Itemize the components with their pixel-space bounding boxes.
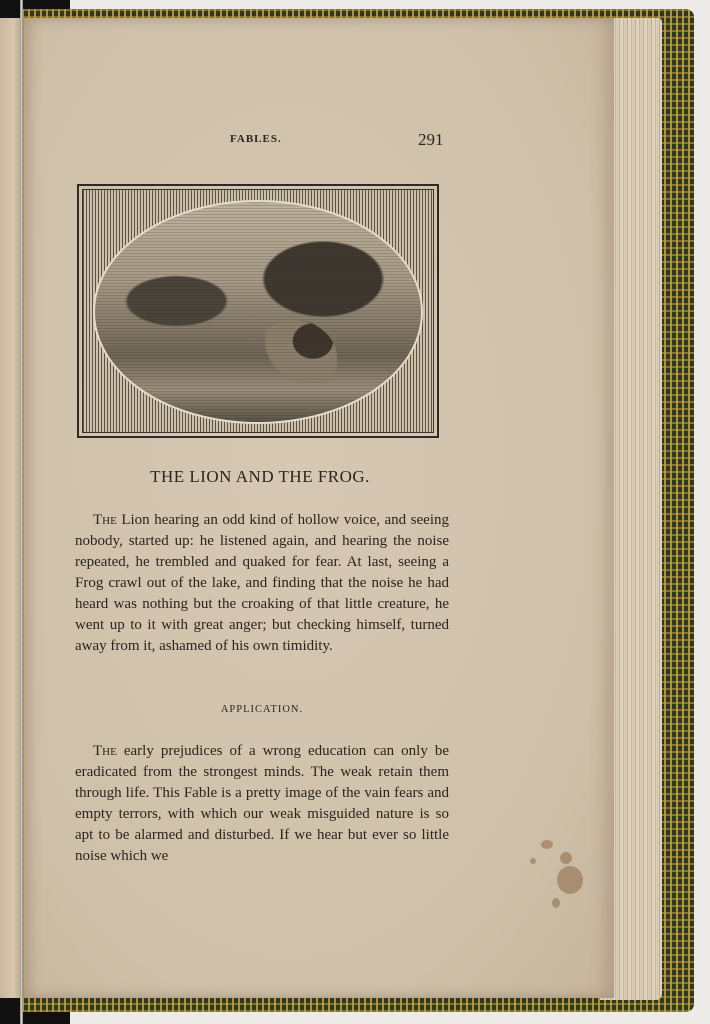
engraving-oval-scene <box>93 200 423 424</box>
foxing-stain <box>552 898 560 908</box>
fable-title: THE LION AND THE FROG. <box>0 467 520 487</box>
left-page-edge <box>0 18 22 998</box>
page-number: 291 <box>418 130 444 150</box>
foxing-stain <box>530 858 536 864</box>
fable-body: Lion hearing an odd kind of hollow voice… <box>75 512 449 654</box>
application-text: The early prejudices of a wrong educatio… <box>75 741 449 867</box>
engraving-frame <box>82 189 434 433</box>
lion-figure <box>257 320 337 390</box>
application-heading: APPLICATION. <box>0 704 524 715</box>
foxing-stain <box>541 840 553 849</box>
gutter-line <box>20 0 23 1024</box>
running-head: FABLES. <box>230 133 282 145</box>
fable-lead-word: The <box>93 512 117 528</box>
foxing-stain <box>560 852 572 864</box>
foxing-stain <box>557 866 583 894</box>
application-body: early prejudices of a wrong education ca… <box>75 743 449 864</box>
engraving-illustration <box>77 184 439 438</box>
application-lead-word: The <box>93 743 117 759</box>
fable-text: The Lion hearing an odd kind of hollow v… <box>75 510 449 657</box>
